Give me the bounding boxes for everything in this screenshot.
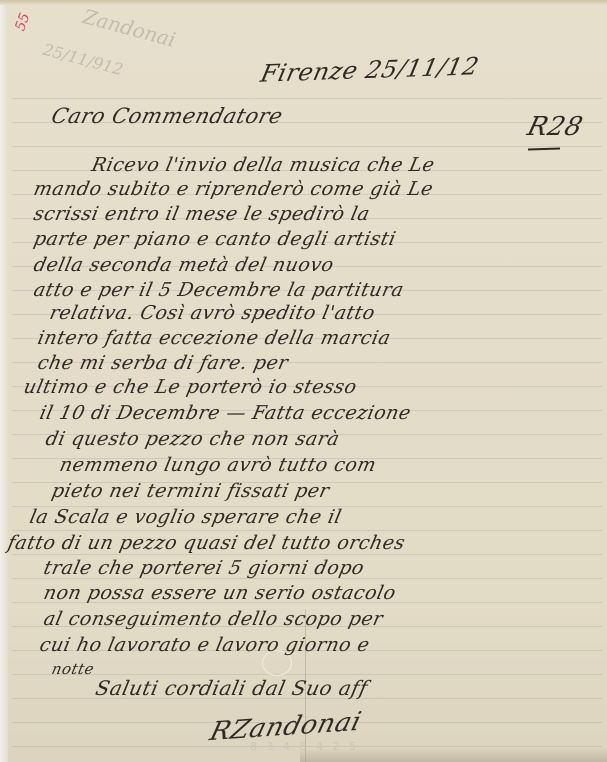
letter-line: cui ho lavorato e lavoro giorno e bbox=[38, 634, 372, 656]
pencil-note-name: Zandonai bbox=[81, 4, 179, 52]
letter-line: della seconda metà del nuovo bbox=[32, 254, 336, 276]
ruled-line bbox=[12, 674, 602, 675]
paper-left-edge bbox=[0, 0, 8, 762]
letter-line: al conseguimento dello scopo per bbox=[42, 608, 386, 630]
reference-code: R28 bbox=[524, 112, 586, 142]
letter-line: la Scala e voglio sperare che il bbox=[28, 506, 344, 528]
letter-line: mando subito e riprenderò come già Le bbox=[32, 178, 436, 200]
letter-line: di questo pezzo che non sarà bbox=[44, 428, 342, 450]
ruled-line bbox=[12, 146, 602, 147]
letter-line: parte per piano e canto degli artisti bbox=[32, 228, 398, 250]
letter-line: notte bbox=[50, 660, 96, 678]
letter-line: relativa. Così avrò spedito l'atto bbox=[48, 302, 378, 324]
letter-line: pieto nei termini fissati per bbox=[50, 480, 332, 502]
ruled-line bbox=[12, 554, 602, 555]
letter-line: scrissi entro il mese le spedirò la bbox=[32, 203, 372, 225]
letter-line: trale che porterei 5 giorni dopo bbox=[42, 557, 367, 579]
salutation: Caro Commendatore bbox=[49, 104, 285, 128]
pencil-note-date: 25/11/912 bbox=[41, 40, 125, 80]
letter-line: ultimo e che Le porterò io stesso bbox=[22, 376, 359, 398]
closing-line: Saluti cordiali dal Suo aff bbox=[93, 676, 370, 700]
letter-line: intero fatta eccezione della marcia bbox=[36, 327, 393, 349]
archive-number: 55 bbox=[12, 11, 33, 33]
letter-line: non possa essere un serio ostacolo bbox=[42, 582, 398, 604]
letter-line: fatto di un pezzo quasi del tutto orches bbox=[6, 532, 408, 554]
scanned-letter-page: 55 Zandonai 25/11/912 Firenze 25/11/12 C… bbox=[0, 0, 607, 762]
reference-underline bbox=[528, 147, 560, 150]
faint-bleedthrough-text: 8 3 4 8 4 2 5 bbox=[250, 740, 359, 753]
letter-line: che mi serba di fare. per bbox=[36, 352, 291, 374]
letter-line: Ricevo l'invio della musica che Le bbox=[90, 154, 437, 176]
letter-line: nemmeno lungo avrò tutto com bbox=[58, 454, 379, 476]
place-date: Firenze 25/11/12 bbox=[258, 52, 481, 88]
paper-top-edge bbox=[0, 0, 607, 5]
ruled-line bbox=[12, 98, 602, 99]
letter-line: il 10 di Decembre — Fatta eccezione bbox=[38, 402, 413, 424]
letter-line: atto e per il 5 Decembre la partitura bbox=[32, 279, 406, 301]
ruled-line bbox=[12, 530, 602, 531]
